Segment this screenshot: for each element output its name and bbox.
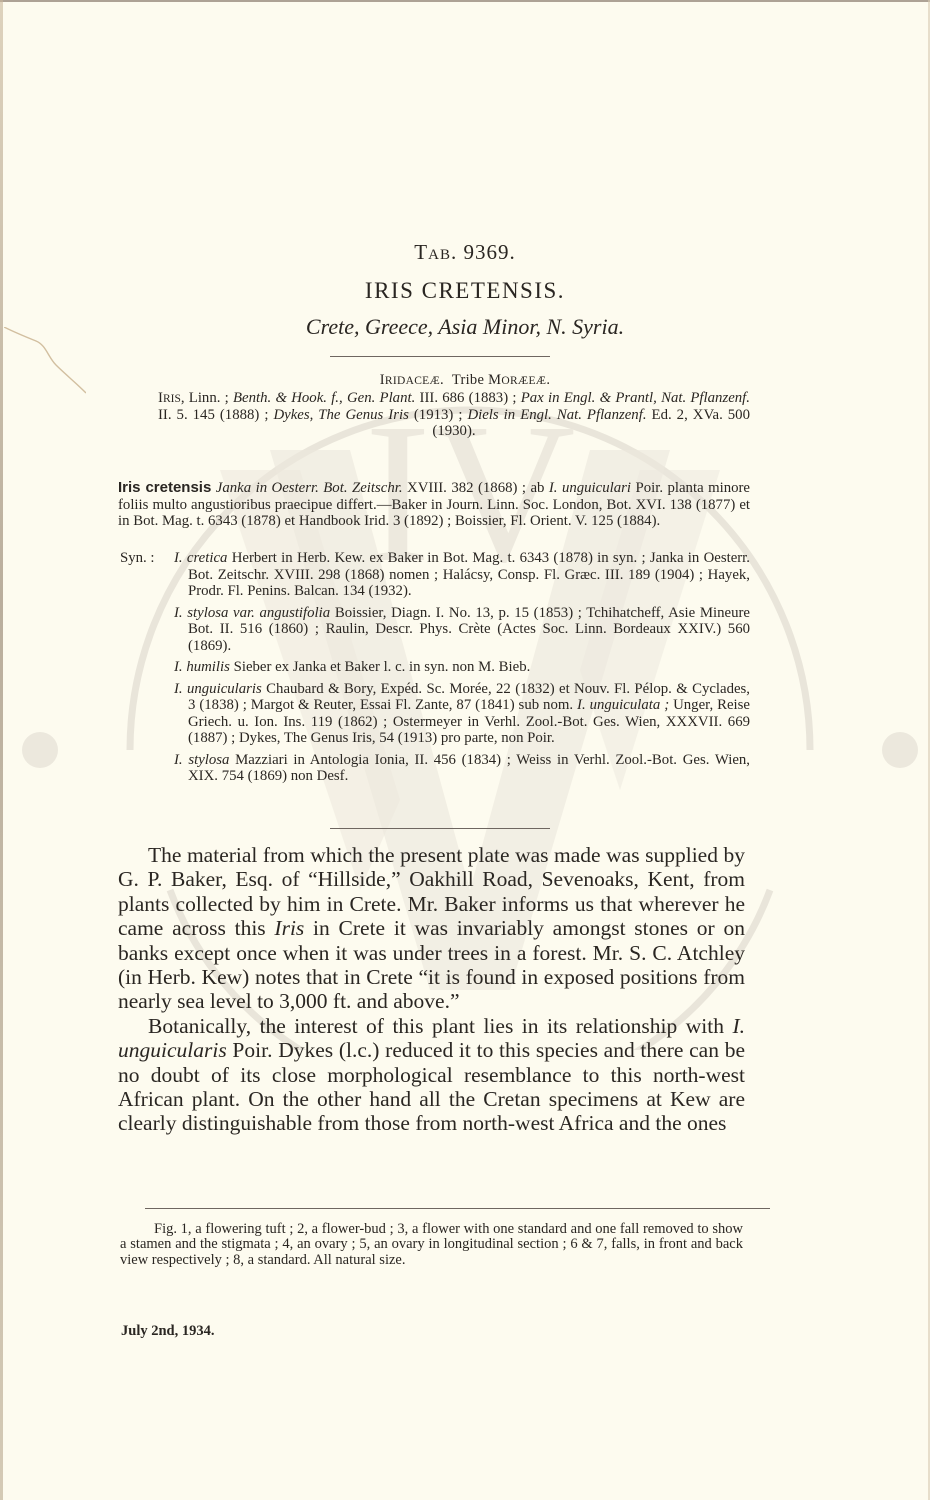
synonym-label: Syn. : <box>120 550 155 567</box>
paragraph: Botanically, the interest of this plant … <box>118 1014 745 1136</box>
genus-references: IRIS, Linn. ; Benth. & Hook. f., Gen. Pl… <box>158 390 750 439</box>
page-edge-top <box>0 0 930 2</box>
synonym-entry: I. stylosa var. angustifolia Boissier, D… <box>174 605 750 655</box>
synonym-entry: I. humilis Sieber ex Janka et Baker l. c… <box>174 659 750 676</box>
synonym-entry: I. stylosa Mazziari in Antologia Ionia, … <box>174 752 750 785</box>
caption-divider <box>145 1208 770 1209</box>
distribution-line: Crete, Greece, Asia Minor, N. Syria. <box>0 314 930 340</box>
divider-rule <box>330 356 550 357</box>
paragraph: The material from which the present plat… <box>118 843 745 1014</box>
species-title: IRIS CRETENSIS. <box>0 278 930 304</box>
species-name: Iris cretensis <box>118 479 211 496</box>
synonym-entry: I. unguicularis Chaubard & Bory, Expéd. … <box>174 681 750 747</box>
description-body: The material from which the present plat… <box>118 843 745 1136</box>
divider-rule <box>330 828 550 829</box>
figure-caption: Fig. 1, a flowering tuft ; 2, a flower-b… <box>120 1222 743 1268</box>
synonym-entry: Syn. : I. cretica Herbert in Herb. Kew. … <box>120 550 750 600</box>
plate-number: TAB. 9369. <box>0 240 930 265</box>
species-references: Iris cretensis Janka in Oesterr. Bot. Ze… <box>118 480 750 530</box>
synonyms-list: Syn. : I. cretica Herbert in Herb. Kew. … <box>120 550 750 790</box>
page-edge-left <box>0 0 3 1500</box>
publication-date: July 2nd, 1934. <box>121 1323 214 1340</box>
family-tribe-line: IRIDACEÆ. Tribe MORÆEÆ. <box>0 372 930 389</box>
